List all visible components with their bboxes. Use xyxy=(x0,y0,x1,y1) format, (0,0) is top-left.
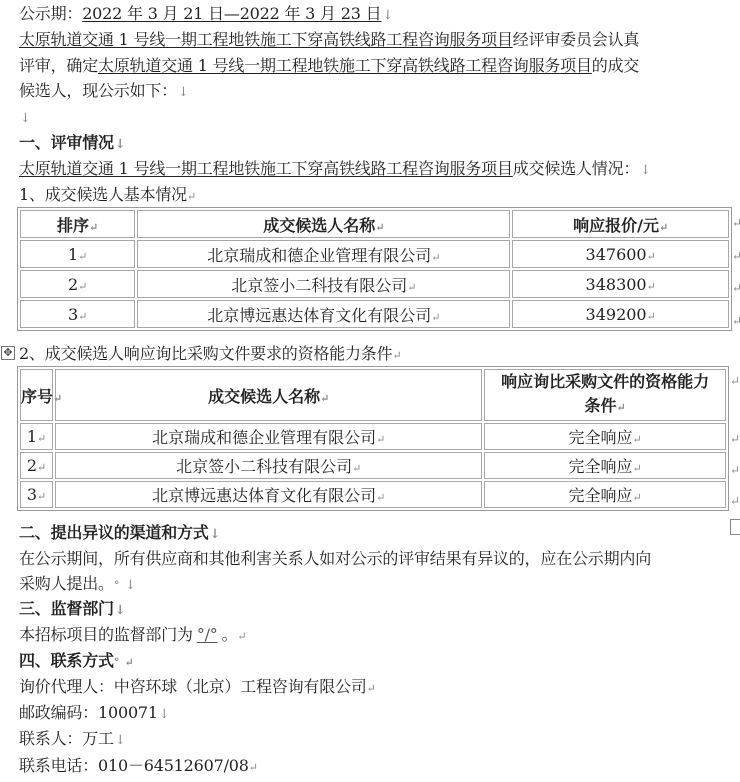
rank-cell: 1↵ xyxy=(20,240,135,268)
paragraph-mark: ↵ xyxy=(125,656,134,669)
price-cell: 347600↵ xyxy=(512,240,729,268)
header-cell: 响应报价/元↵ xyxy=(512,210,729,238)
table-row: 1↵ 北京瑞成和德企业管理有限公司↵ 完全响应↵ xyxy=(20,423,726,450)
section-title-text: 三、监督部门 xyxy=(19,599,114,618)
intro-text: 评审，确定 xyxy=(19,56,98,75)
line-break-mark: ↓ xyxy=(20,111,31,126)
status-cell: 完全响应↵ xyxy=(484,452,726,479)
contact-postcode: 邮政编码：100071↓ xyxy=(19,700,170,725)
header-cell: 序号↵ xyxy=(20,369,53,421)
line-break-mark: ↓ xyxy=(640,163,651,178)
intro-text: 候选人，现公示如下： xyxy=(19,81,177,100)
table-header-row: 排序↵ 成交候选人名称↵ 响应报价/元↵ xyxy=(20,210,729,238)
header-cell: 成交候选人名称↵ xyxy=(55,369,482,421)
line-break-mark: ↓ xyxy=(115,603,126,618)
section-4-title: 四、联系方式° ↵ xyxy=(19,648,134,673)
caption-text: 2、成交候选人响应询比采购文件要求的资格能力条件 xyxy=(19,344,392,363)
contact-phone: 联系电话：010－64512607/08↵ xyxy=(19,753,258,778)
row-end-mark: ↵ xyxy=(730,463,740,477)
row-end-mark: ↵ xyxy=(732,281,740,295)
paragraph-mark: ↵ xyxy=(249,761,258,774)
section-3-body: 本招标项目的监督部门为°/°。↵ xyxy=(19,622,246,647)
subtitle-text: 成交候选人情况： xyxy=(513,159,639,178)
section-title-text: 二、提出异议的渠道和方式 xyxy=(19,523,209,542)
table-2-caption: 2、成交候选人响应询比采购文件要求的资格能力条件↵ xyxy=(19,341,401,366)
project-name: 太原轨道交通 1 号线一期工程地铁施工下穿高铁线路工程咨询服务项目 xyxy=(19,159,513,178)
section-3-title: 三、监督部门↓ xyxy=(19,596,126,621)
name-cell: 北京瑞成和德企业管理有限公司↵ xyxy=(55,423,482,450)
empty-line: ↓ xyxy=(19,104,31,129)
candidates-qualification-table: 序号↵ 成交候选人名称↵ 响应询比采购文件的资格能力条件↵ 1↵ 北京瑞成和德企… xyxy=(17,366,729,511)
header-cell: 排序↵ xyxy=(20,210,135,238)
no-cell: 1↵ xyxy=(20,423,53,450)
row-end-mark: ↵ xyxy=(730,432,740,446)
intro-text: 的成交 xyxy=(592,56,639,75)
body-text: 采购人提出。 xyxy=(19,574,114,593)
intro-line-1: 太原轨道交通 1 号线一期工程地铁施工下穿高铁线路工程咨询服务项目经评审委员会认… xyxy=(19,27,639,52)
publication-period-line: 公示期：2022 年 3 月 21 日—2022 年 3 月 23 日↓ xyxy=(19,1,393,26)
line-break-mark: ↓ xyxy=(115,733,126,748)
degree-mark: ° xyxy=(114,579,119,592)
paragraph-mark: ↵ xyxy=(187,190,196,203)
table-row: 1↵ 北京瑞成和德企业管理有限公司↵ 347600↵ xyxy=(20,240,729,268)
status-cell: 完全响应↵ xyxy=(484,423,726,450)
header-cell: 响应询比采购文件的资格能力条件↵ xyxy=(484,369,726,421)
row-end-mark: ↵ xyxy=(732,314,740,328)
header-cell: 成交候选人名称↵ xyxy=(137,210,510,238)
name-cell: 北京签小二科技有限公司↵ xyxy=(55,452,482,479)
degree-mark: ° xyxy=(114,656,119,669)
paragraph-mark: ↵ xyxy=(237,630,246,643)
line-break-mark: ↓ xyxy=(178,85,189,100)
rank-cell: 2↵ xyxy=(20,270,135,298)
status-cell: 完全响应↵ xyxy=(484,481,726,508)
no-cell: 3↵ xyxy=(20,481,53,508)
contact-text: 联系人：万工 xyxy=(19,729,114,748)
project-name: 太原轨道交通 1 号线一期工程地铁施工下穿高铁线路工程咨询服务项目 xyxy=(19,30,513,49)
contact-person: 联系人：万工↓ xyxy=(19,726,126,751)
intro-text: 经评审委员会认真 xyxy=(513,30,639,49)
postcode-text: 邮政编码：100071 xyxy=(19,703,158,722)
table-header-row: 序号↵ 成交候选人名称↵ 响应询比采购文件的资格能力条件↵ xyxy=(20,369,726,421)
price-cell: 348300↵ xyxy=(512,270,729,298)
section-title-text: 一、评审情况 xyxy=(19,133,114,152)
table-resize-handle[interactable] xyxy=(730,519,740,535)
caption-text: 1、成交候选人基本情况 xyxy=(19,185,187,204)
section-2-body-line-2: 采购人提出。° ↓ xyxy=(19,571,136,596)
table-row: 2↵ 北京签小二科技有限公司↵ 348300↵ xyxy=(20,270,729,298)
name-cell: 北京签小二科技有限公司↵ xyxy=(137,270,510,298)
body-text: 。 xyxy=(222,625,238,644)
agent-text: 询价代理人：中咨环球（北京）工程咨询有限公司 xyxy=(19,677,367,696)
phone-text: 联系电话：010－64512607/08 xyxy=(19,756,249,775)
name-cell: 北京瑞成和德企业管理有限公司↵ xyxy=(137,240,510,268)
candidates-basic-table: 排序↵ 成交候选人名称↵ 响应报价/元↵ 1↵ 北京瑞成和德企业管理有限公司↵ … xyxy=(17,207,732,331)
table-move-handle-icon[interactable]: ✥ xyxy=(1,346,15,360)
body-text: 本招标项目的监督部门为 xyxy=(19,625,193,644)
line-break-mark: ↓ xyxy=(159,707,170,722)
table-1-caption: 1、成交候选人基本情况↵ xyxy=(19,182,196,207)
line-break-mark: ↓ xyxy=(125,578,136,593)
table-row: 3↵ 北京博远惠达体育文化有限公司↵ 完全响应↵ xyxy=(20,481,726,508)
row-end-mark: ↵ xyxy=(732,249,740,263)
row-end-mark: ↵ xyxy=(732,216,740,230)
section-1-subtitle: 太原轨道交通 1 号线一期工程地铁施工下穿高铁线路工程咨询服务项目成交候选人情况… xyxy=(19,156,651,181)
row-end-mark: ↵ xyxy=(730,494,740,508)
name-cell: 北京博远惠达体育文化有限公司↵ xyxy=(137,300,510,328)
project-name: 太原轨道交通 1 号线一期工程地铁施工下穿高铁线路工程咨询服务项目 xyxy=(98,56,592,75)
supervision-dept-value: °/° xyxy=(193,625,222,644)
name-cell: 北京博远惠达体育文化有限公司↵ xyxy=(55,481,482,508)
table-row: 3↵ 北京博远惠达体育文化有限公司↵ 349200↵ xyxy=(20,300,729,328)
table-row: 2↵ 北京签小二科技有限公司↵ 完全响应↵ xyxy=(20,452,726,479)
body-text: 在公示期间，所有供应商和其他利害关系人如对公示的评审结果有异议的，应在公示期内向 xyxy=(19,549,651,568)
period-value: 2022 年 3 月 21 日—2022 年 3 月 23 日 xyxy=(82,4,381,23)
section-title-text: 四、联系方式 xyxy=(19,651,114,670)
line-break-mark: ↓ xyxy=(115,137,126,152)
row-end-mark: ↵ xyxy=(730,374,740,388)
line-break-mark: ↓ xyxy=(382,8,393,23)
paragraph-mark: ↵ xyxy=(392,349,401,362)
intro-line-3: 候选人，现公示如下：↓ xyxy=(19,78,189,103)
section-1-title: 一、评审情况↓ xyxy=(19,130,126,155)
period-label: 公示期： xyxy=(19,4,82,23)
section-2-title: 二、提出异议的渠道和方式↓ xyxy=(19,520,220,545)
price-cell: 349200↵ xyxy=(512,300,729,328)
no-cell: 2↵ xyxy=(20,452,53,479)
intro-line-2: 评审，确定太原轨道交通 1 号线一期工程地铁施工下穿高铁线路工程咨询服务项目的成… xyxy=(19,53,639,78)
line-break-mark: ↓ xyxy=(210,527,221,542)
rank-cell: 3↵ xyxy=(20,300,135,328)
section-2-body-line-1: 在公示期间，所有供应商和其他利害关系人如对公示的评审结果有异议的，应在公示期内向 xyxy=(19,546,651,571)
paragraph-mark: ↵ xyxy=(367,682,376,695)
contact-agent: 询价代理人：中咨环球（北京）工程咨询有限公司↵ xyxy=(19,674,376,699)
